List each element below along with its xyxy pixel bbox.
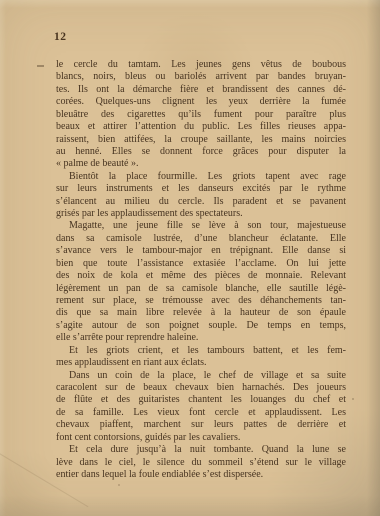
text-line: Magatte, une jeune fille se lève à son t… — [56, 220, 346, 232]
paragraph: Magatte, une jeune fille se lève à son t… — [56, 220, 346, 344]
text-line: grisés par les applaudissement des spect… — [56, 208, 346, 220]
text-line: sur leurs instruments et les danseurs ex… — [56, 183, 346, 195]
text-line: s’agite autour de son poignet souple. De… — [56, 320, 346, 332]
text-line: s’élancent au milieu du cercle. Ils para… — [56, 196, 346, 208]
text-line: lève dans le ciel, le silence du sommeil… — [56, 457, 346, 469]
text-line: dis que sa main libre relevée à la haute… — [56, 307, 346, 319]
scanned-book-page: 12 le cercle du tamtam. Les jeunes gens … — [0, 0, 380, 516]
text-line: font cent contorsions, guidés par les ca… — [56, 432, 346, 444]
text-line: raissent, bien attifées, la croupe saill… — [56, 134, 346, 146]
text-line: bien que toute l’assistance extasiée l’a… — [56, 258, 346, 270]
text-line: des noix de kola et même des pièces de m… — [56, 270, 346, 282]
text-line: Et les griots crient, et les tambours ba… — [56, 345, 346, 357]
print-artifact-dot — [352, 398, 354, 400]
text-line: de sa famille. Les vieux font cercle et … — [56, 407, 346, 419]
text-line: légèrement un pan de sa camisole blanche… — [56, 283, 346, 295]
paragraph: Et cela dure jusqu’à la nuit tombante. Q… — [56, 444, 346, 481]
text-line: le cercle du tamtam. Les jeunes gens vêt… — [56, 59, 346, 71]
text-line: entier dans lequel la foule endiablée s’… — [56, 469, 346, 481]
text-line: elle s’arrête pour reprendre haleine. — [56, 332, 346, 344]
text-line: mes applaudissent en riant aux éclats. — [56, 357, 346, 369]
text-line: bleuâtre des cigarettes qu’ils fument po… — [56, 109, 346, 121]
text-line: dans sa camisole lustrée, d’une blancheu… — [56, 233, 346, 245]
print-artifact-dash — [37, 65, 44, 67]
paragraph: Bientôt la place fourmille. Les griots t… — [56, 171, 346, 221]
text-line: tes. Ils ont la démarche fière et brandi… — [56, 84, 346, 96]
text-line: au henné. Elles se donnent force grâces … — [56, 146, 346, 158]
paragraph: Et les griots crient, et les tambours ba… — [56, 345, 346, 370]
body-text: le cercle du tamtam. Les jeunes gens vêt… — [56, 59, 346, 481]
text-line: caracolent sur de beaux chevaux bien har… — [56, 382, 346, 394]
paragraph: Dans un coin de la place, le chef de vil… — [56, 370, 346, 445]
text-line: « palme de beauté ». — [56, 158, 346, 170]
page-number: 12 — [54, 31, 67, 43]
print-artifact-dot — [118, 484, 120, 486]
text-line: de flûte et des guitaristes chantent les… — [56, 394, 346, 406]
paragraph: le cercle du tamtam. Les jeunes gens vêt… — [56, 59, 346, 171]
text-line: chevaux piaffent, marchent sur leurs pat… — [56, 419, 346, 431]
text-line: Dans un coin de la place, le chef de vil… — [56, 370, 346, 382]
text-line: beaux et attirer l’attention du public. … — [56, 121, 346, 133]
text-line: s’avance vers le tambour-major en trépig… — [56, 245, 346, 257]
text-line: Bientôt la place fourmille. Les griots t… — [56, 171, 346, 183]
text-line: Et cela dure jusqu’à la nuit tombante. Q… — [56, 444, 346, 456]
text-line: corées. Quelques-uns clignent les yeux d… — [56, 96, 346, 108]
text-line: blancs, noirs, bleus ou bariolés arriven… — [56, 71, 346, 83]
text-line: rement sur place, se trémousse avec des … — [56, 295, 346, 307]
